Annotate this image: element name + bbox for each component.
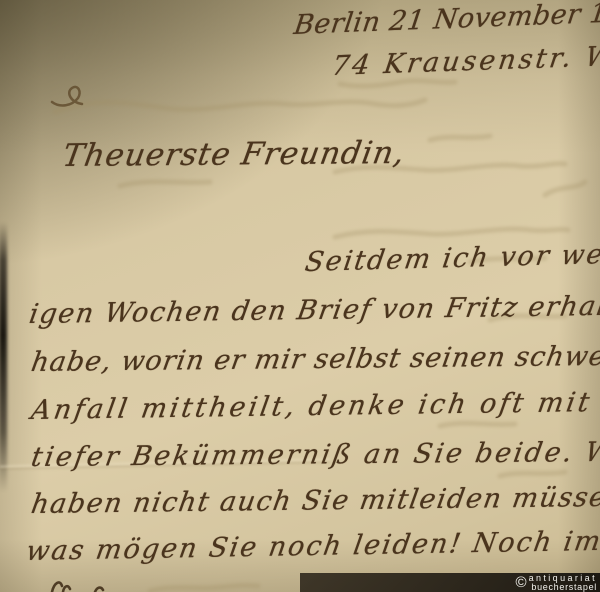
cut-off-line-stroke	[52, 582, 103, 592]
letter-photo: Berlin 21 November 1877 74 Krausenstr. W…	[0, 0, 600, 592]
page-edge-shadow	[0, 222, 7, 492]
watermark-line2: buecherstapel	[531, 583, 597, 592]
watermark-bar: © antiquariat buecherstapel	[300, 573, 600, 592]
stray-ink-mark	[52, 87, 82, 106]
body-line: habe, worin er mir selbst seinen schwere…	[29, 340, 600, 378]
watermark-text: antiquariat buecherstapel	[529, 574, 597, 592]
salutation: Theuerste Freundin,	[60, 135, 408, 174]
copyright-icon: ©	[516, 575, 527, 590]
body-line: tiefer Bekümmerniß an Sie beide. Was	[29, 437, 600, 473]
